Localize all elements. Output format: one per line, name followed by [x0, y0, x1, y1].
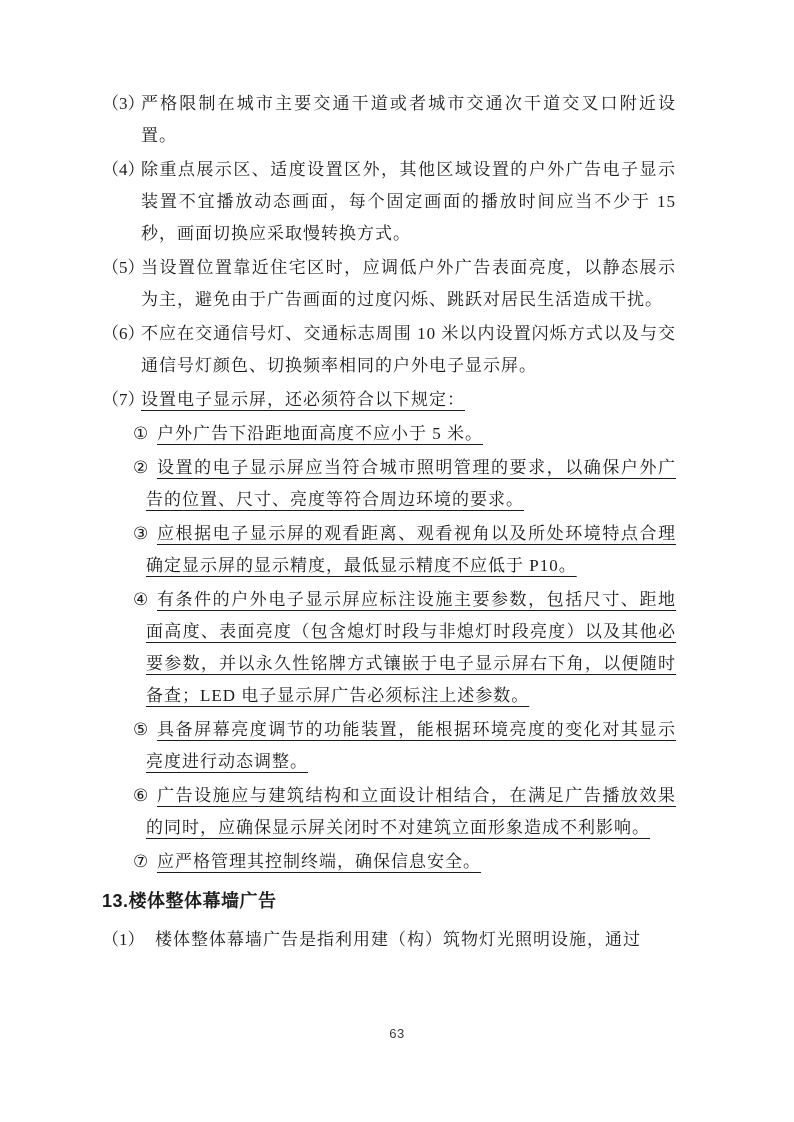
item-marker: ③	[133, 518, 148, 550]
item-marker: （3）	[102, 88, 145, 120]
item-text: 设置电子显示屏，还必须符合以下规定：	[141, 384, 676, 416]
item-text: 户外广告下沿距地面高度不应小于 5 米。	[146, 418, 676, 450]
item-text: 严格限制在城市主要交通干道或者城市交通次干道交叉口附近设置。	[141, 88, 676, 152]
item-text: 当设置位置靠近住宅区时，应调低户外广告表面亮度，以静态展示为主，避免由于广告画面…	[141, 252, 676, 316]
list-item: （4）除重点展示区、适度设置区外，其他区域设置的户外广告电子显示装置不宜播放动态…	[102, 154, 676, 250]
list-item: （7）设置电子显示屏，还必须符合以下规定：	[102, 384, 676, 416]
circled-sub-list: ①户外广告下沿距地面高度不应小于 5 米。②设置的电子显示屏应当符合城市照明管理…	[102, 418, 676, 878]
item-text: 应根据电子显示屏的观看距离、观看视角以及所处环境特点合理确定显示屏的显示精度，最…	[146, 518, 676, 582]
item-marker: ①	[133, 418, 148, 450]
item-marker: ②	[133, 452, 148, 484]
sub-list-item: ④有条件的户外电子显示屏应标注设施主要参数，包括尺寸、距地面高度、表面亮度（包含…	[102, 584, 676, 712]
sub-list-item: ⑦应严格管理其控制终端，确保信息安全。	[102, 846, 676, 878]
page-number: 63	[0, 1026, 794, 1042]
section-heading: 13.楼体整体幕墙广告	[102, 884, 676, 918]
sub-list-item: ⑤具备屏幕亮度调节的功能装置，能根据环境亮度的变化对其显示亮度进行动态调整。	[102, 714, 676, 778]
item-marker: ⑥	[133, 780, 148, 812]
sub-list-item: ③应根据电子显示屏的观看距离、观看视角以及所处环境特点合理确定显示屏的显示精度，…	[102, 518, 676, 582]
document-content: （3）严格限制在城市主要交通干道或者城市交通次干道交叉口附近设置。（4）除重点展…	[102, 86, 676, 956]
item-marker: ⑦	[133, 846, 148, 878]
item-text: 不应在交通信号灯、交通标志周围 10 米以内设置闪烁方式以及与交通信号灯颜色、切…	[141, 318, 676, 382]
item-marker: （5）	[102, 252, 145, 284]
item-marker: （6）	[102, 318, 145, 350]
item-marker: ④	[133, 584, 148, 616]
document-page: （3）严格限制在城市主要交通干道或者城市交通次干道交叉口附近设置。（4）除重点展…	[0, 0, 794, 1122]
item-text: 除重点展示区、适度设置区外，其他区域设置的户外广告电子显示装置不宜播放动态画面，…	[141, 154, 676, 250]
list-item: （5）当设置位置靠近住宅区时，应调低户外广告表面亮度，以静态展示为主，避免由于广…	[102, 252, 676, 316]
item-marker: （7）	[102, 384, 145, 416]
sub-list-item: ⑥广告设施应与建筑结构和立面设计相结合，在满足广告播放效果的同时，应确保显示屏关…	[102, 780, 676, 844]
numbered-list: （3）严格限制在城市主要交通干道或者城市交通次干道交叉口附近设置。（4）除重点展…	[102, 88, 676, 416]
item-marker: ⑤	[133, 714, 148, 746]
item-text: 广告设施应与建筑结构和立面设计相结合，在满足广告播放效果的同时，应确保显示屏关闭…	[146, 780, 676, 844]
list-item: （3）严格限制在城市主要交通干道或者城市交通次干道交叉口附近设置。	[102, 88, 676, 152]
item-text: 设置的电子显示屏应当符合城市照明管理的要求，以确保户外广告的位置、尺寸、亮度等符…	[146, 452, 676, 516]
item-marker: （4）	[102, 154, 145, 186]
item-text: 应严格管理其控制终端，确保信息安全。	[146, 846, 676, 878]
item-text: 楼体整体幕墙广告是指利用建（构）筑物灯光照明设施，通过	[155, 924, 676, 956]
item-text: 有条件的户外电子显示屏应标注设施主要参数，包括尺寸、距地面高度、表面亮度（包含熄…	[146, 584, 676, 712]
list-item: （1） 楼体整体幕墙广告是指利用建（构）筑物灯光照明设施，通过	[102, 924, 676, 956]
sub-list-item: ②设置的电子显示屏应当符合城市照明管理的要求，以确保户外广告的位置、尺寸、亮度等…	[102, 452, 676, 516]
list-item: （6）不应在交通信号灯、交通标志周围 10 米以内设置闪烁方式以及与交通信号灯颜…	[102, 318, 676, 382]
sub-list-item: ①户外广告下沿距地面高度不应小于 5 米。	[102, 418, 676, 450]
item-marker: （1）	[102, 924, 145, 956]
item-text: 具备屏幕亮度调节的功能装置，能根据环境亮度的变化对其显示亮度进行动态调整。	[146, 714, 676, 778]
